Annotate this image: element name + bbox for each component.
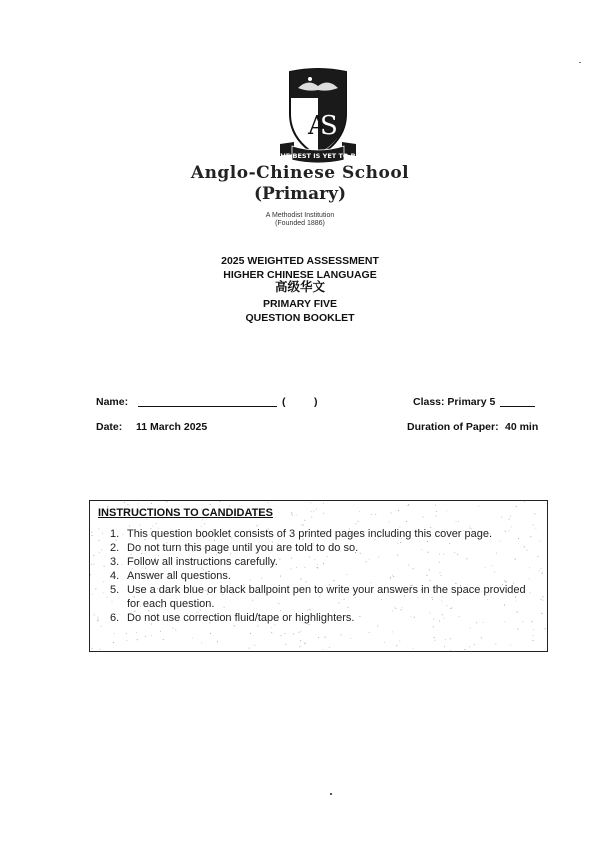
school-crest-icon: A S THE BEST IS YET TO BE: [278, 68, 358, 168]
instruction-item: 2.Do not turn this page until you are to…: [110, 541, 532, 555]
name-field[interactable]: [138, 396, 277, 410]
instruction-item: 4.Answer all questions.: [110, 569, 532, 583]
scan-speck: [579, 62, 581, 63]
class-label: Class: Primary 5: [413, 396, 495, 408]
founded-text: (Founded 1886): [0, 220, 600, 228]
name-label: Name:: [96, 396, 128, 408]
class-field[interactable]: [500, 396, 535, 410]
instruction-item: 1.This question booklet consists of 3 pr…: [110, 527, 532, 541]
duration-label: Duration of Paper:: [407, 421, 499, 433]
instructions-list: 1.This question booklet consists of 3 pr…: [110, 527, 532, 625]
instructions-heading: INSTRUCTIONS TO CANDIDATES: [98, 507, 273, 519]
date-value: 11 March 2025: [136, 421, 207, 433]
school-name: Anglo-Chinese School: [0, 163, 600, 183]
duration-value: 40 min: [505, 421, 538, 433]
school-division: (Primary): [0, 184, 600, 204]
instruction-item: 3.Follow all instructions carefully.: [110, 555, 532, 569]
level-title: PRIMARY FIVE: [0, 297, 600, 311]
institution-text: A Methodist Institution: [0, 212, 600, 220]
subject-chinese-title: 高级华文: [0, 280, 600, 294]
instruction-item: 5.Use a dark blue or black ballpoint pen…: [110, 583, 532, 611]
index-open-paren: (: [282, 396, 286, 408]
svg-text:THE BEST IS YET TO BE: THE BEST IS YET TO BE: [278, 152, 358, 160]
instruction-item: 6.Do not use correction fluid/tape or hi…: [110, 611, 532, 625]
date-label: Date:: [96, 421, 122, 433]
assessment-title: 2025 WEIGHTED ASSESSMENT: [0, 254, 600, 268]
scan-speck: [330, 793, 332, 795]
booklet-title: QUESTION BOOKLET: [0, 311, 600, 325]
svg-text:S: S: [320, 111, 338, 141]
instructions-box: INSTRUCTIONS TO CANDIDATES 1.This questi…: [89, 500, 548, 652]
index-close-paren: ): [314, 396, 318, 408]
